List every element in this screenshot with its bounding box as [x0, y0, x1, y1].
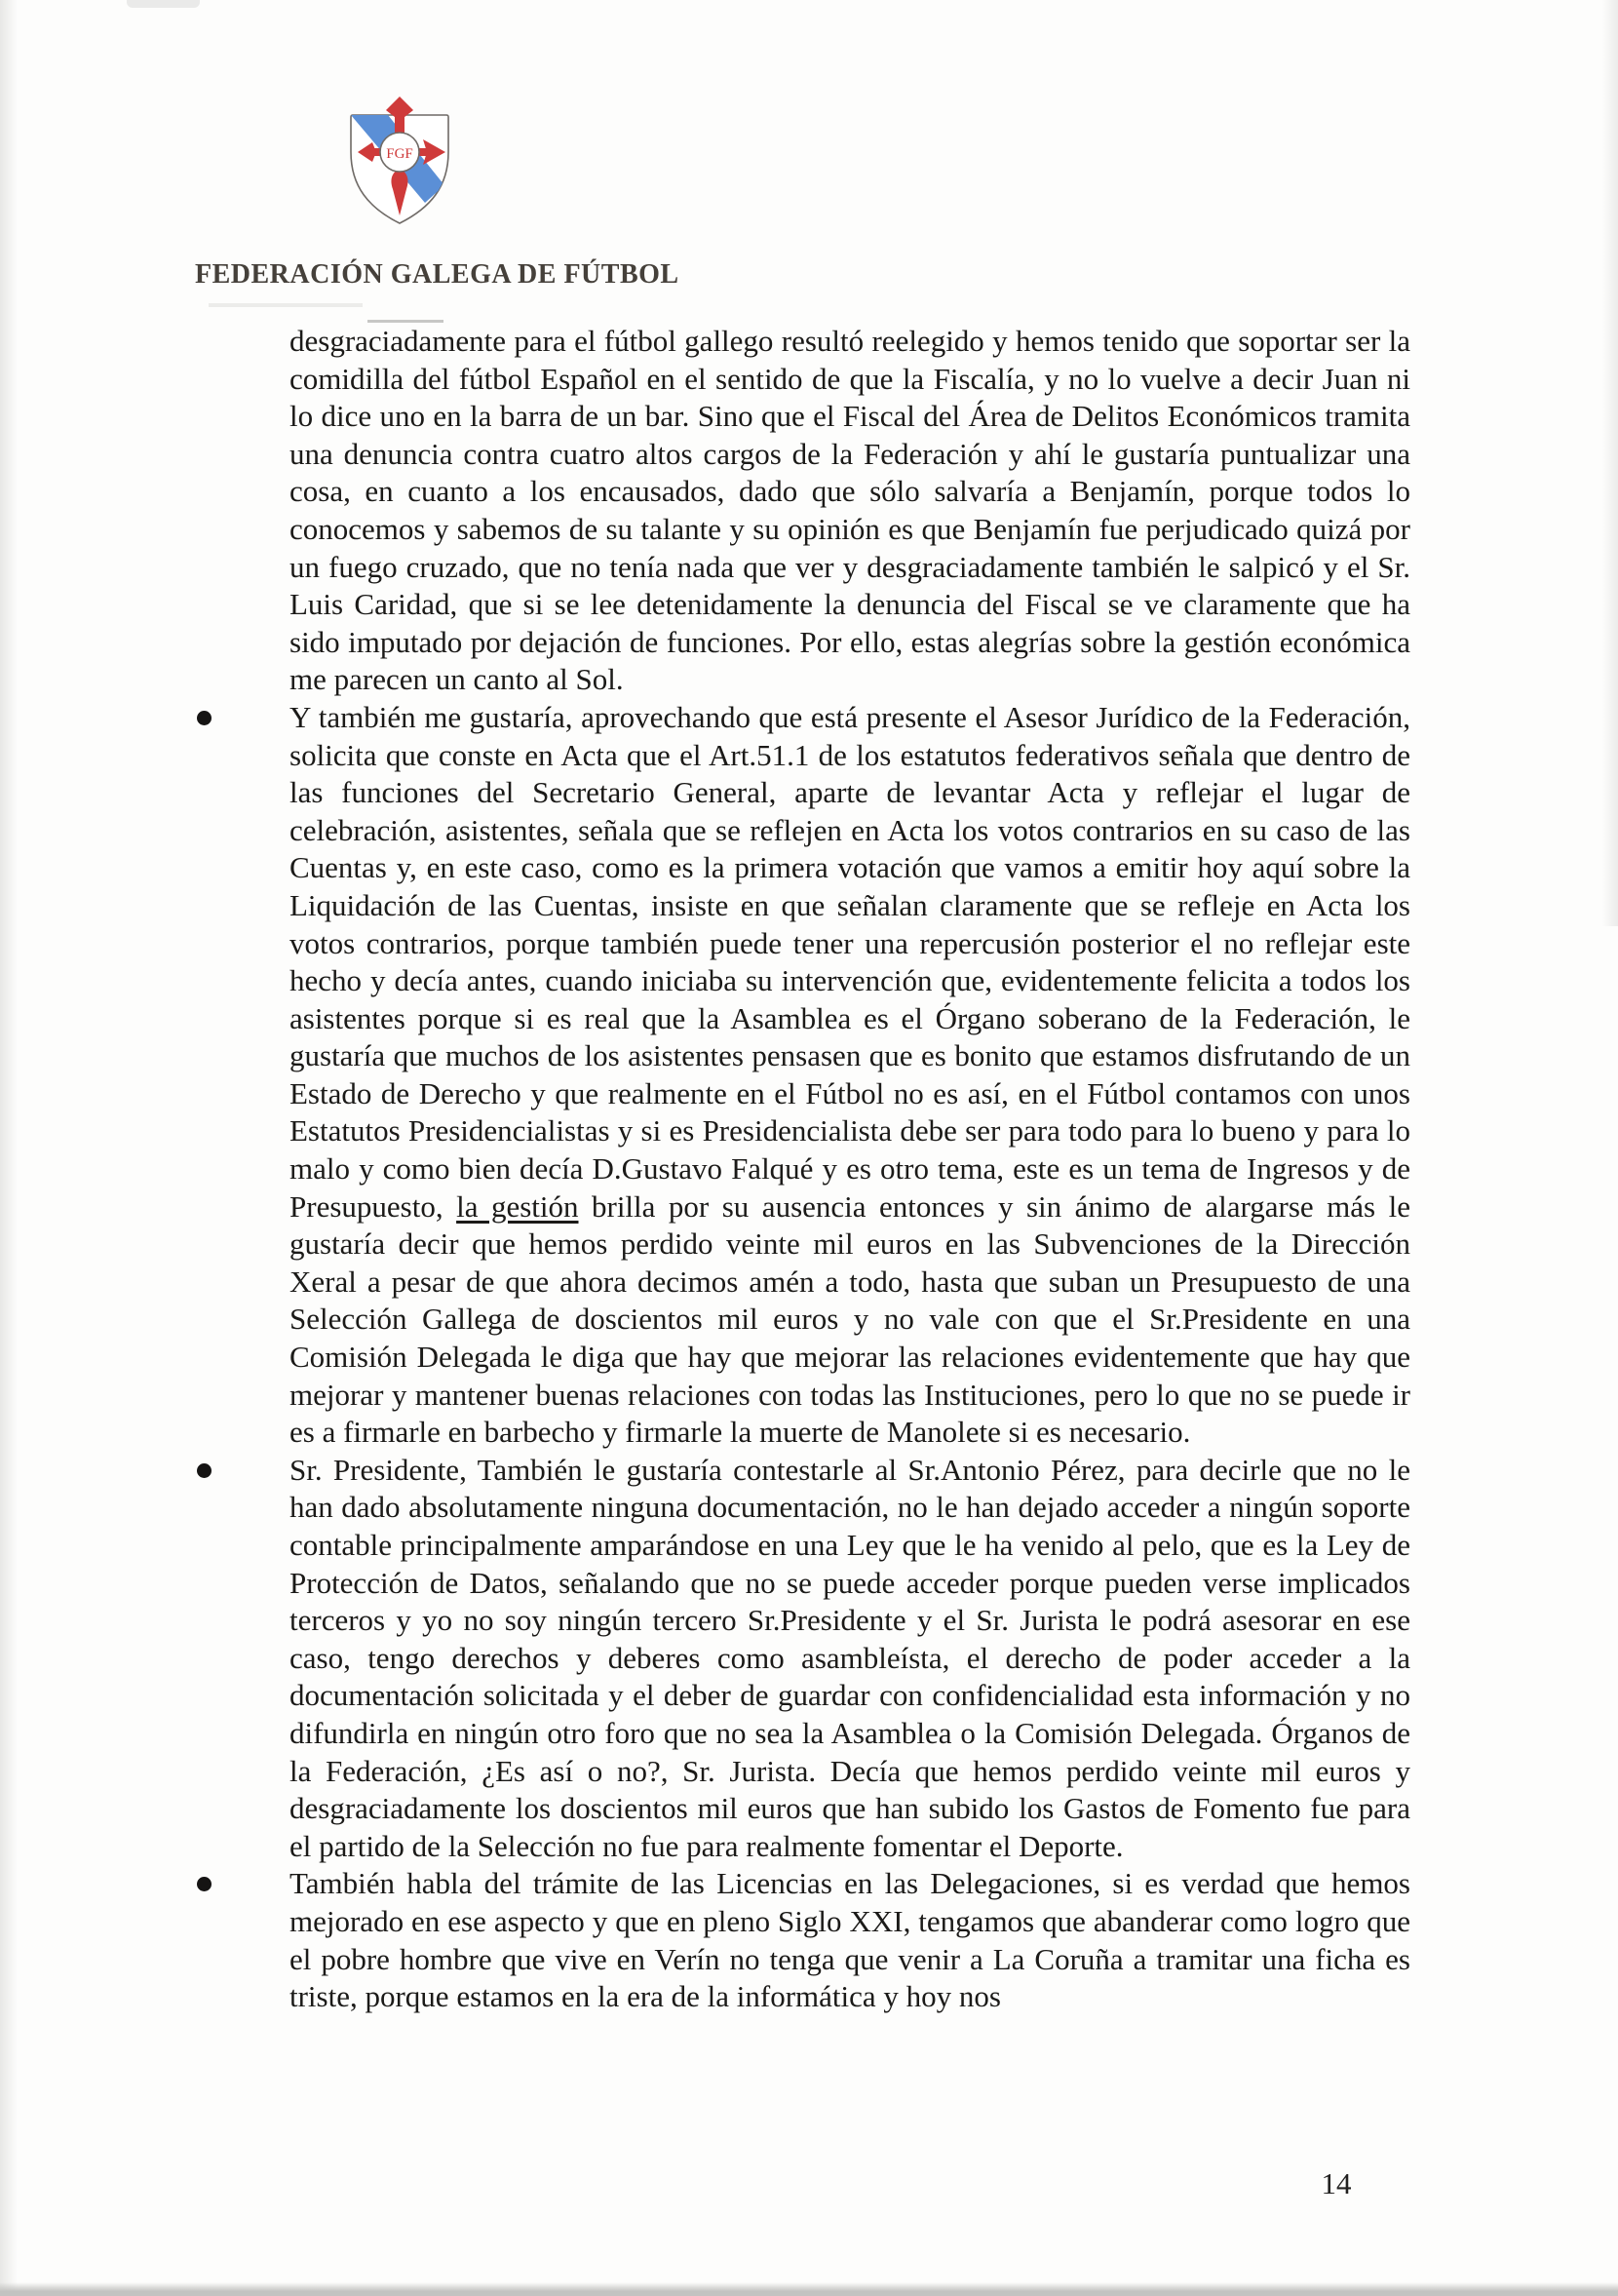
- bullet-item-2-text: Sr. Presidente, También le gustaría cont…: [289, 1452, 1410, 1866]
- monogram-text: FGF: [386, 146, 413, 162]
- bullet-dot-icon: [197, 1877, 212, 1891]
- document-page: FGF FEDERACIÓN GALEGA DE FÚTBOL desgraci…: [0, 0, 1618, 2296]
- bullet-item-1: Y también me gustaría, aprovechando que …: [289, 699, 1410, 1452]
- scan-smudge-top: [127, 0, 200, 8]
- page-number: 14: [1302, 2166, 1370, 2201]
- bullet-item-3-text: También habla del trámite de las Licenci…: [289, 1865, 1410, 2015]
- intro-paragraph: desgraciadamente para el fútbol gallego …: [289, 323, 1410, 699]
- header-smudge-line: [209, 303, 363, 307]
- scan-edge-left: [0, 0, 18, 2296]
- bullet-1-segment-before: Y también me gustaría, aprovechando que …: [289, 700, 1410, 1224]
- fgf-crest-logo: FGF: [341, 90, 458, 230]
- scan-edge-bottom: [0, 2282, 1618, 2296]
- bullet-item-2: Sr. Presidente, También le gustaría cont…: [289, 1452, 1410, 1866]
- bullet-item-1-text: Y también me gustaría, aprovechando que …: [289, 699, 1410, 1452]
- bullet-1-segment-after: brilla por su ausencia entonces y sin án…: [289, 1189, 1410, 1450]
- bullet-dot-icon: [197, 1463, 212, 1478]
- scan-edge-right: [1602, 0, 1618, 926]
- bullet-1-underlined-phrase: la gestión: [456, 1189, 578, 1224]
- bullet-dot-icon: [197, 711, 212, 725]
- organization-name: FEDERACIÓN GALEGA DE FÚTBOL: [195, 259, 877, 291]
- document-body: desgraciadamente para el fútbol gallego …: [289, 323, 1410, 2016]
- bullet-item-3: También habla del trámite de las Licenci…: [289, 1865, 1410, 2015]
